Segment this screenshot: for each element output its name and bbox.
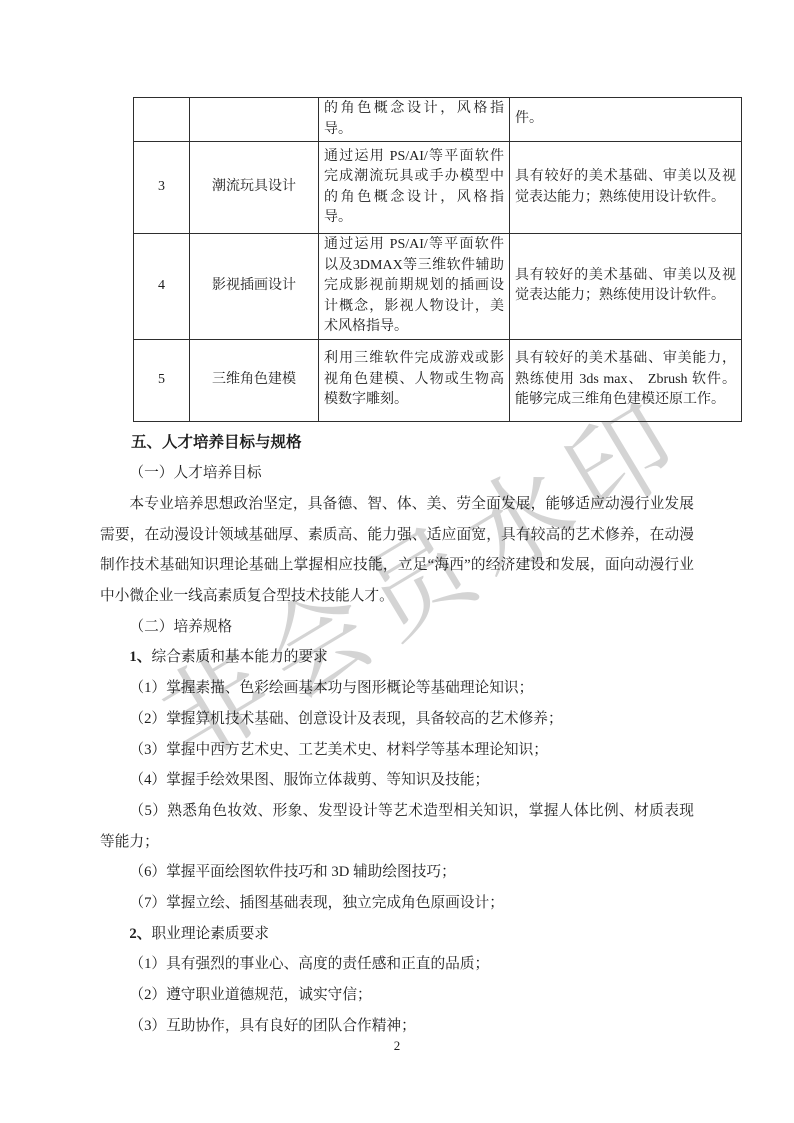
cell-index: 4 bbox=[134, 234, 190, 340]
document-page: 非会员水印 的角色概念设计，风格指导。 件。 3 潮流玩具设计 通过运用 PS/… bbox=[0, 0, 794, 1123]
section-heading: 五、人才培养目标与规格 bbox=[100, 428, 694, 459]
list-2-number: 2、 bbox=[129, 926, 151, 942]
cell-course-name: 影视插画设计 bbox=[190, 234, 319, 340]
cell-course-name bbox=[190, 98, 319, 142]
cell-description: 通过运用 PS/AI/等平面软件完成潮流玩具或手办模型中的角色概念设计，风格指导… bbox=[319, 142, 510, 234]
list-item: （1）具有强烈的事业心、高度的责任感和正直的品质； bbox=[100, 949, 694, 980]
training-requirements-table: 的角色概念设计，风格指导。 件。 3 潮流玩具设计 通过运用 PS/AI/等平面… bbox=[133, 97, 742, 422]
cell-index bbox=[134, 98, 190, 142]
list-item: （7）掌握立绘、插图基础表现，独立完成角色原画设计； bbox=[100, 888, 694, 919]
list-item: （4）掌握手绘效果图、服饰立体裁剪、等知识及技能； bbox=[100, 765, 694, 796]
cell-course-name: 潮流玩具设计 bbox=[190, 142, 319, 234]
table-row: 4 影视插画设计 通过运用 PS/AI/等平面软件以及3DMAX等三维软件辅助完… bbox=[134, 234, 742, 340]
list-item: （6）掌握平面绘图软件技巧和 3D 辅助绘图技巧； bbox=[100, 857, 694, 888]
subsection-title-1: （一）人才培养目标 bbox=[100, 458, 694, 489]
cell-description: 的角色概念设计，风格指导。 bbox=[319, 98, 510, 142]
page-number: 2 bbox=[0, 1038, 794, 1054]
cell-description: 通过运用 PS/AI/等平面软件以及3DMAX等三维软件辅助完成影视前期规划的插… bbox=[319, 234, 510, 340]
list-2-title: 2、职业理论素质要求 bbox=[100, 919, 694, 950]
training-objective-paragraph: 本专业培养思想政治坚定，具备德、智、体、美、劳全面发展，能够适应动漫行业发展需要… bbox=[100, 489, 694, 612]
cell-index: 3 bbox=[134, 142, 190, 234]
subsection-title-2: （二）培养规格 bbox=[100, 612, 694, 643]
list-item: （3）互助协作，具有良好的团队合作精神； bbox=[100, 1011, 694, 1042]
list-item: （2）遵守职业道德规范，诚实守信； bbox=[100, 980, 694, 1011]
cell-requirement: 具有较好的美术基础、审美以及视觉表达能力；熟练使用设计软件。 bbox=[510, 234, 742, 340]
list-2-title-text: 职业理论素质要求 bbox=[151, 926, 269, 942]
table-row: 的角色概念设计，风格指导。 件。 bbox=[134, 98, 742, 142]
list-item: （5）熟悉角色妆效、形象、发型设计等艺术造型相关知识，掌握人体比例、材质表现等能… bbox=[100, 796, 694, 857]
cell-requirement: 具有较好的美术基础、审美以及视觉表达能力；熟练使用设计软件。 bbox=[510, 142, 742, 234]
list-item: （1）掌握素描、色彩绘画基本功与图形概论等基础理论知识； bbox=[100, 673, 694, 704]
list-item: （3）掌握中西方艺术史、工艺美术史、材料学等基本理论知识； bbox=[100, 735, 694, 766]
list-item: （2）掌握算机技术基础、创意设计及表现，具备较高的艺术修养； bbox=[100, 704, 694, 735]
list-1-number: 1、 bbox=[129, 649, 151, 665]
page-content: 的角色概念设计，风格指导。 件。 3 潮流玩具设计 通过运用 PS/AI/等平面… bbox=[100, 97, 694, 1042]
list-1-title: 1、综合素质和基本能力的要求 bbox=[100, 642, 694, 673]
table-row: 5 三维角色建模 利用三维软件完成游戏或影视角色建模、人物或生物高模数字雕刻。 … bbox=[134, 339, 742, 421]
cell-requirement: 具有较好的美术基础、审美能力，熟练使用 3ds max、 Zbrush 软件。能… bbox=[510, 339, 742, 421]
cell-course-name: 三维角色建模 bbox=[190, 339, 319, 421]
table-row: 3 潮流玩具设计 通过运用 PS/AI/等平面软件完成潮流玩具或手办模型中的角色… bbox=[134, 142, 742, 234]
cell-requirement: 件。 bbox=[510, 98, 742, 142]
list-1-title-text: 综合素质和基本能力的要求 bbox=[151, 649, 327, 665]
cell-index: 5 bbox=[134, 339, 190, 421]
cell-description: 利用三维软件完成游戏或影视角色建模、人物或生物高模数字雕刻。 bbox=[319, 339, 510, 421]
